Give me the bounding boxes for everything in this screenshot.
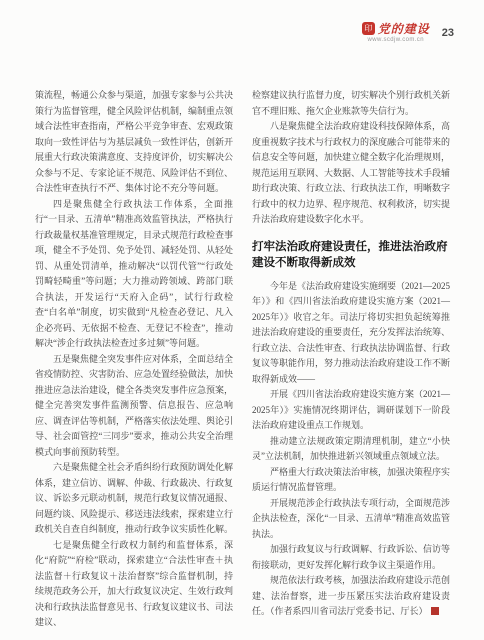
body-paragraph: 严格重大行政决策法治审核，加强决策程序实质运行情况监督管理。 — [252, 465, 450, 496]
body-paragraph: 加强行政复议与行政调解、行政诉讼、信访等衔接联动，更好发挥化解行政争议主渠道作用… — [252, 542, 450, 573]
body-paragraph: 开展规范涉企行政执法专项行动，全面规范涉企执法检查，深化“一目录、五清单”精准高… — [252, 496, 450, 543]
red-seal-icon: 印 — [362, 22, 375, 35]
body-paragraph: 七是聚焦健全行政权力制约和监督体系，深化“府院”“府检”联动，探索建立“合法性审… — [35, 538, 233, 631]
body-paragraph: 四是聚焦健全行政执法工作体系，全面推行“一目录、五清单”精准高效监管执法，严格执… — [35, 197, 233, 352]
body-paragraph: 六是聚焦健全社会矛盾纠纷行政预防调处化解体系，建立信访、调解、仲裁、行政裁决、行… — [35, 460, 233, 538]
magazine-title: 党的建设 — [378, 23, 430, 35]
left-column: 策流程，畅通公众参与渠道，加强专家参与公共决策行为监督管理，健全风险评估机制，编… — [35, 88, 233, 631]
body-paragraph: 开展《四川省法治政府建设实施方案（2021—2025年）》实施情况终期评估，调研… — [252, 387, 450, 434]
body-paragraph: 策流程，畅通公众参与渠道，加强专家参与公共决策行为监督管理，健全风险评估机制，编… — [35, 88, 233, 197]
page-header: 印 党的建设 www.scdjw.com.cn 23 — [362, 22, 454, 43]
right-column: 检察建议执行监督力度，切实解决个别行政机关新官不理旧账、拖欠企业账款等失信行为。… — [252, 88, 450, 631]
body-paragraph: 八是聚焦健全法治政府建设科技保障体系，高度重视数字技术与行政权力的深度融合可能带… — [252, 119, 450, 228]
magazine-page: 印 党的建设 www.scdjw.com.cn 23 策流程，畅通公众参与渠道，… — [0, 0, 484, 640]
page-number: 23 — [442, 27, 454, 39]
body-paragraph: 今年是《法治政府建设实施纲要（2021—2025年）》和《四川省法治政府建设实施… — [252, 279, 450, 388]
body-paragraph: 五是聚焦健全突发事件应对体系，全面总结全省疫情防控、灾害防治、应急处置经验做法，… — [35, 352, 233, 461]
magazine-url: www.scdjw.com.cn — [368, 37, 424, 43]
magazine-logo: 印 党的建设 www.scdjw.com.cn — [362, 22, 430, 43]
article-end-icon — [431, 607, 439, 615]
body-paragraph: 推动建立法规政策定期清理机制，建立“小快灵”立法机制，加快推进新兴领域重点领域立… — [252, 434, 450, 465]
author-line: （作者系四川省司法厅党委书记、厅长） — [270, 606, 428, 616]
body-paragraph: 规范依法行政考核，加强法治政府建设示范创建、法治督察，进一步压紧压实法治政府建设… — [252, 573, 450, 620]
section-heading: 打牢法治政府建设责任，推进法治政府建设不断取得新成效 — [252, 239, 450, 272]
article-body: 策流程，畅通公众参与渠道，加强专家参与公共决策行为监督管理，健全风险评估机制，编… — [35, 88, 450, 631]
body-paragraph: 检察建议执行监督力度，切实解决个别行政机关新官不理旧账、拖欠企业账款等失信行为。 — [252, 88, 450, 119]
